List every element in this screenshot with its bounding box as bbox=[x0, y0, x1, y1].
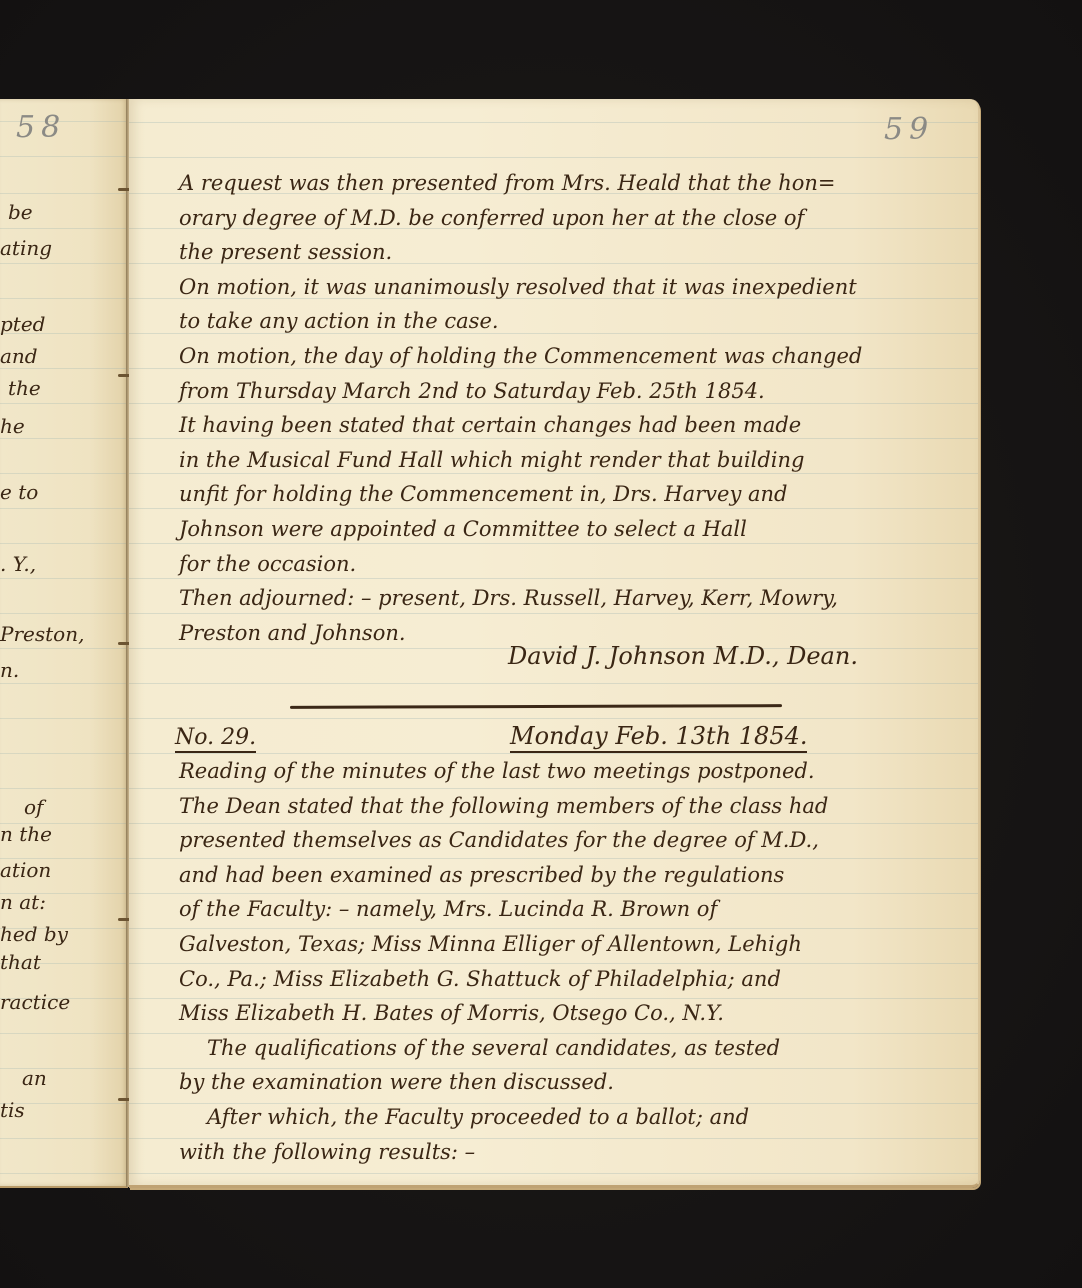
text-line: in the Musical Fund Hall which might ren… bbox=[179, 443, 969, 478]
text-line: Miss Elizabeth H. Bates of Morris, Otseg… bbox=[179, 996, 969, 1031]
text-line: by the examination were then discussed. bbox=[179, 1065, 969, 1100]
left-page-fragment: ractice bbox=[0, 990, 70, 1014]
text-line: orary degree of M.D. be conferred upon h… bbox=[179, 201, 969, 236]
left-page-fragment: the bbox=[8, 376, 41, 400]
text-line: and had been examined as prescribed by t… bbox=[179, 858, 969, 893]
text-line: presented themselves as Candidates for t… bbox=[179, 823, 969, 858]
text-line: the present session. bbox=[179, 235, 969, 270]
text-line: It having been stated that certain chang… bbox=[179, 408, 969, 443]
left-page-fragment: tis bbox=[0, 1098, 25, 1122]
minutes-part-1: A request was then presented from Mrs. H… bbox=[179, 166, 969, 650]
text-line: Galveston, Texas; Miss Minna Elliger of … bbox=[179, 927, 969, 962]
text-line: Then adjourned: – present, Drs. Russell,… bbox=[179, 581, 969, 616]
left-page-fragment: hed by bbox=[0, 922, 68, 946]
left-page-fragment: an bbox=[22, 1066, 47, 1090]
left-page-fragment: ating bbox=[0, 236, 52, 260]
left-page-fragment: of bbox=[24, 795, 43, 819]
dean-signature: David J. Johnson M.D., Dean. bbox=[508, 642, 858, 670]
text-line: The qualifications of the several candid… bbox=[179, 1031, 969, 1066]
left-page-fragment: e to bbox=[0, 480, 38, 504]
left-page-fragment: n. bbox=[0, 658, 19, 682]
left-page-number: 58 bbox=[16, 110, 66, 145]
left-page-fragment: n at: bbox=[0, 890, 46, 914]
left-page-fragment: n the bbox=[0, 822, 52, 846]
left-page-fragment: . Y., bbox=[0, 552, 36, 576]
text-line: On motion, it was unanimously resolved t… bbox=[179, 270, 969, 305]
left-page-fragment: and bbox=[0, 344, 38, 368]
text-line: After which, the Faculty proceeded to a … bbox=[179, 1100, 969, 1135]
left-page-fragment: be bbox=[8, 200, 33, 224]
text-line: for the occasion. bbox=[179, 547, 969, 582]
right-page-number: 59 bbox=[884, 112, 934, 147]
left-page-fragment: pted bbox=[0, 312, 45, 336]
left-page-fragment: Preston, bbox=[0, 622, 84, 646]
text-line: On motion, the day of holding the Commen… bbox=[179, 339, 969, 374]
entry-date: Monday Feb. 13th 1854. bbox=[510, 722, 807, 753]
text-line: unfit for holding the Commencement in, D… bbox=[179, 477, 969, 512]
text-line: of the Faculty: – namely, Mrs. Lucinda R… bbox=[179, 892, 969, 927]
text-line: The Dean stated that the following membe… bbox=[179, 789, 969, 824]
text-line: Co., Pa.; Miss Elizabeth G. Shattuck of … bbox=[179, 962, 969, 997]
minutes-part-2: Reading of the minutes of the last two m… bbox=[179, 754, 969, 1169]
entry-number: No. 29. bbox=[175, 725, 256, 753]
text-line: A request was then presented from Mrs. H… bbox=[179, 166, 969, 201]
text-line: Reading of the minutes of the last two m… bbox=[179, 754, 969, 789]
text-line: with the following results: – bbox=[179, 1135, 969, 1170]
left-page-fragment: that bbox=[0, 950, 41, 974]
text-line: to take any action in the case. bbox=[179, 304, 969, 339]
left-page-fragment: ation bbox=[0, 858, 51, 882]
text-line: Johnson were appointed a Committee to se… bbox=[179, 512, 969, 547]
left-page-fragment: he bbox=[0, 414, 25, 438]
text-line: from Thursday March 2nd to Saturday Feb.… bbox=[179, 374, 969, 409]
